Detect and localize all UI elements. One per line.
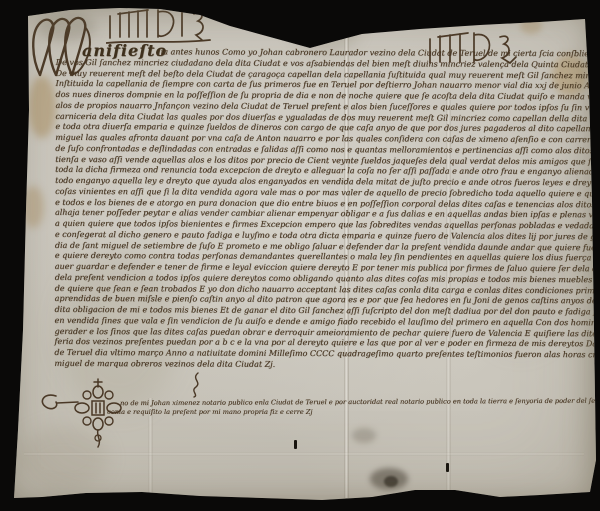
parchment-document: anifieſto ſia antes hunos Como yo Johan … bbox=[0, 0, 600, 511]
photo-background: anifieſto ſia antes hunos Como yo Johan … bbox=[0, 0, 600, 511]
edge-shading bbox=[0, 0, 600, 511]
